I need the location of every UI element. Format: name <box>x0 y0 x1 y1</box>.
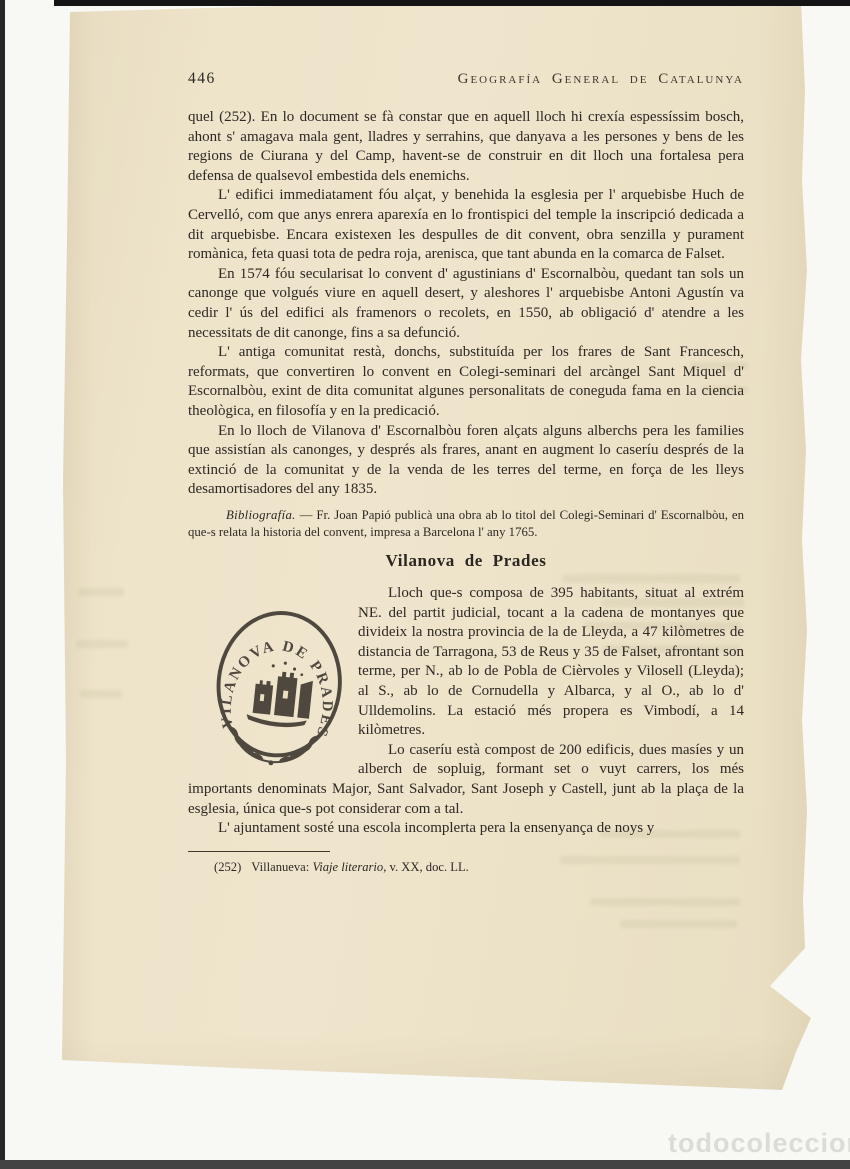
section-heading: Vilanova de Prades <box>188 551 744 571</box>
footnote-work-title: Viaje literario <box>312 860 383 874</box>
scan-edge-left <box>0 0 5 1169</box>
footnote-author: Villanueva: <box>251 860 312 874</box>
paragraph: quel (252). En lo document se fà constar… <box>188 108 744 186</box>
bibliography-note: Bibliografía. — Fr. Joan Papió publicà u… <box>188 507 744 541</box>
book-page: 446 Geografía General de Catalunya quel … <box>54 0 814 1094</box>
paragraph: VILANOVA DE PRADES <box>188 584 744 741</box>
paragraph: L' ajuntament sosté una escola incompler… <box>188 819 744 839</box>
footnote-number: (252) <box>214 860 251 874</box>
stamp-laurel <box>226 726 319 770</box>
paragraph: L' antiga comunitat restà, donchs, subst… <box>188 343 744 421</box>
paragraph: En 1574 fóu secularisat lo convent d' ag… <box>188 265 744 343</box>
paragraph: En lo lloch de Vilanova d' Escornalbòu f… <box>188 422 744 500</box>
bleedthrough-mark <box>76 640 128 648</box>
bleedthrough-mark <box>78 588 124 596</box>
scan-edge-top <box>54 0 850 6</box>
bleedthrough-mark <box>80 690 122 698</box>
bibliography-label: Bibliografía. <box>226 508 296 522</box>
running-header: 446 Geografía General de Catalunya <box>188 70 744 88</box>
footnote-detail: , v. XX, doc. LL. <box>383 860 469 874</box>
section-vilanova-de-prades: VILANOVA DE PRADES <box>188 584 744 839</box>
todocoleccion-watermark: todocoleccion <box>668 1128 850 1159</box>
book-title: Geografía General de Catalunya <box>458 71 744 88</box>
paragraph: L' edifici immediatament fóu alçat, y be… <box>188 186 744 264</box>
body-text: quel (252). En lo document se fà constar… <box>188 108 744 875</box>
paragraph-text: Lloch que-s composa de 395 habitants, si… <box>358 585 744 738</box>
scan-edge-bottom <box>0 1160 850 1169</box>
footnote-separator <box>188 851 330 852</box>
text-column: 446 Geografía General de Catalunya quel … <box>188 70 744 875</box>
bleedthrough-mark <box>620 920 738 928</box>
bleedthrough-mark <box>590 898 740 906</box>
stamp-castle-emblem <box>246 658 315 730</box>
scanned-book-page: { "doc": { "header": { "page_number": "4… <box>0 0 850 1169</box>
page-number: 446 <box>188 70 216 88</box>
vilanova-de-prades-stamp: VILANOVA DE PRADES <box>210 608 348 774</box>
footnote: (252)Villanueva: Viaje literario, v. XX,… <box>188 859 744 875</box>
